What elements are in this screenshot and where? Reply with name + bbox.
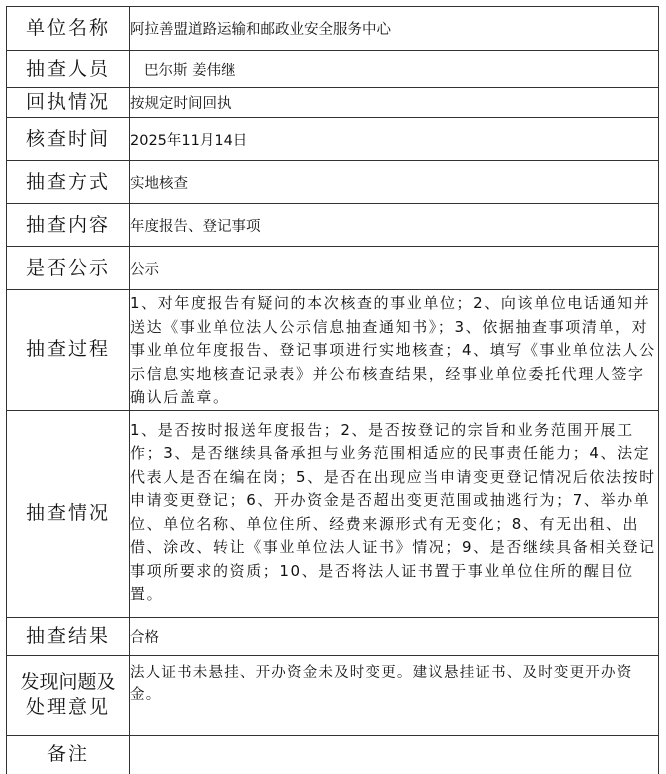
label-issues-line2: 处理意见 [7,695,129,720]
value-check-process: 1、对年度报告有疑问的本次核查的事业单位；2、向该单位电话通知并送达《事业单位法… [130,290,659,411]
label-public-notice: 是否公示 [7,247,130,290]
row-check-method: 抽查方式 实地核查 [7,161,659,204]
label-receipt-status: 回执情况 [7,88,130,118]
value-check-method: 实地核查 [130,161,659,204]
row-check-content: 抽查内容 年度报告、登记事项 [7,204,659,247]
value-receipt-status: 按规定时间回执 [130,88,659,118]
value-public-notice: 公示 [130,247,659,290]
value-issues-handling: 法人证书未悬挂、开办资金未及时变更。建议悬挂证书、及时变更开办资金。 [130,655,659,735]
value-check-situation: 1、是否按时报送年度报告；2、是否按登记的宗旨和业务范围开展工作；3、是否继续具… [130,410,659,617]
label-inspectors: 抽查人员 [7,51,130,88]
label-check-process: 抽查过程 [7,290,130,411]
label-issues-handling: 发现问题及 处理意见 [7,655,130,735]
row-check-time: 核查时间 2025年11月14日 [7,118,659,161]
label-check-result: 抽查结果 [7,617,130,655]
label-issues-line1: 发现问题及 [7,670,129,695]
row-issues-handling: 发现问题及 处理意见 法人证书未悬挂、开办资金未及时变更。建议悬挂证书、及时变更… [7,655,659,735]
label-unit-name: 单位名称 [7,7,130,51]
label-remarks: 备注 [7,735,130,774]
row-public-notice: 是否公示 公示 [7,247,659,290]
label-check-content: 抽查内容 [7,204,130,247]
row-check-process: 抽查过程 1、对年度报告有疑问的本次核查的事业单位；2、向该单位电话通知并送达《… [7,290,659,411]
value-unit-name: 阿拉善盟道路运输和邮政业安全服务中心 [130,7,659,51]
value-check-result: 合格 [130,617,659,655]
row-check-situation: 抽查情况 1、是否按时报送年度报告；2、是否按登记的宗旨和业务范围开展工作；3、… [7,410,659,617]
label-check-time: 核查时间 [7,118,130,161]
value-check-time: 2025年11月14日 [130,118,659,161]
label-check-situation: 抽查情况 [7,410,130,617]
value-remarks [130,735,659,774]
row-check-result: 抽查结果 合格 [7,617,659,655]
value-check-content: 年度报告、登记事项 [130,204,659,247]
row-remarks: 备注 [7,735,659,774]
row-inspectors: 抽查人员 巴尔斯 姜伟继 [7,51,659,88]
inspection-record-table: 单位名称 阿拉善盟道路运输和邮政业安全服务中心 抽查人员 巴尔斯 姜伟继 回执情… [6,6,659,774]
value-inspectors: 巴尔斯 姜伟继 [130,51,659,88]
label-check-method: 抽查方式 [7,161,130,204]
row-unit-name: 单位名称 阿拉善盟道路运输和邮政业安全服务中心 [7,7,659,51]
row-receipt-status: 回执情况 按规定时间回执 [7,88,659,118]
